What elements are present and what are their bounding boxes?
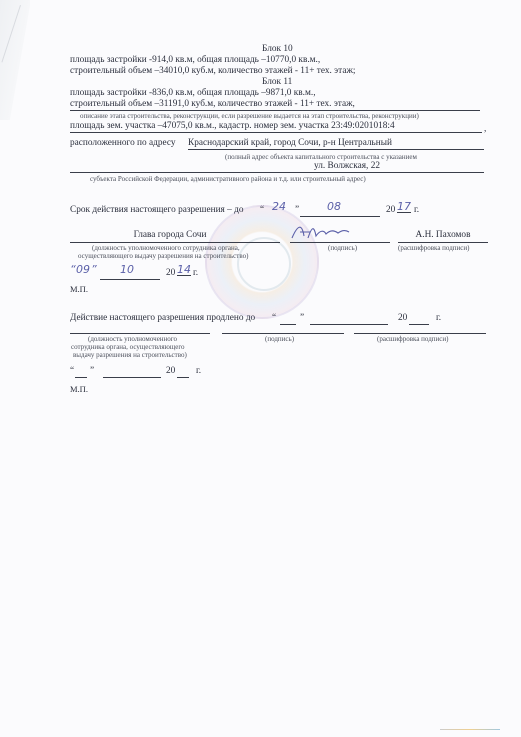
issue-quote-close: ”: [91, 264, 97, 275]
signatory-name-line: [398, 242, 488, 243]
extension-year-line: [409, 324, 429, 325]
extension-position-line: [70, 333, 210, 334]
land-comma: ,: [484, 124, 486, 135]
seal-label-2: М.П.: [70, 384, 88, 395]
land-info: площадь зем. участка –47075,0 кв.м., кад…: [70, 121, 482, 133]
extension-caption-position3: выдачу разрешения на строительство): [73, 351, 187, 360]
validity-label: Срок действия настоящего разрешения – до: [70, 205, 244, 216]
block10-line2: строительный объем –34010,0 куб.м, колич…: [70, 66, 355, 77]
extension-year-unit: г.: [436, 313, 441, 324]
block11-heading: Блок 11: [262, 77, 292, 88]
stamp-emblem: [237, 237, 291, 291]
signatory-name: А.Н. Пахомов: [398, 230, 488, 241]
block11-line1: площадь застройки -836,0 кв.м, общая пло…: [70, 88, 316, 99]
validity-month: 08: [327, 201, 341, 212]
extension-name-line: [354, 333, 486, 334]
signatory-caption-position2: осуществляющего выдачу разрешения на стр…: [78, 252, 248, 261]
seal-label: М.П.: [70, 284, 88, 295]
extension-year-prefix: 20: [398, 313, 407, 324]
address-caption2: субъекта Российской Федерации, администр…: [90, 175, 366, 184]
signature-mark: [290, 222, 350, 242]
issue-year-suffix: 14: [177, 264, 191, 276]
issue-year-prefix: 20: [166, 268, 175, 279]
address-prefix: расположенного по адресу: [70, 138, 176, 149]
block11-line2: строительный объем –31191,0 куб.м, колич…: [70, 99, 480, 111]
validity-day: 24: [272, 201, 286, 212]
issue-quote-open: “: [70, 264, 76, 275]
signature-line: [290, 242, 390, 243]
extension-date-day-line: [75, 377, 87, 378]
issue-month: 10: [120, 264, 134, 275]
issue-month-line: [100, 279, 160, 280]
address-value-line1: Краснодарский край, город Сочи, р-н Цент…: [188, 138, 484, 150]
signatory-position: Глава города Сочи: [70, 230, 270, 241]
validity-year-unit: г.: [414, 205, 419, 216]
validity-year-suffix: 17: [397, 201, 411, 213]
validity-year-prefix: 20: [386, 205, 395, 216]
extension-quote-open: “: [272, 313, 276, 324]
extension-date-quote-open: “: [70, 366, 74, 377]
extension-signature-line: [222, 333, 344, 334]
validity-quote-open: “: [260, 205, 264, 216]
extension-label: Действие настоящего разрешения продлено …: [70, 313, 255, 324]
extension-caption-name: (расшифровка подписи): [377, 335, 448, 344]
issue-year-unit: г.: [193, 268, 198, 279]
extension-date-quote-close: ”: [90, 366, 94, 377]
signatory-position-line: [70, 242, 280, 243]
signatory-caption-signature: (подпись): [328, 244, 357, 253]
extension-quote-close: ”: [300, 313, 304, 324]
extension-date-month-line: [103, 377, 161, 378]
block10-heading: Блок 10: [262, 44, 293, 55]
address-value-line2: ул. Волжская, 22: [70, 161, 484, 173]
scan-edge-mark: [440, 729, 500, 730]
extension-date-year-unit: г.: [196, 366, 201, 377]
stage-caption: описание этапа строительства, реконструк…: [80, 112, 419, 121]
validity-quote-close: ”: [295, 205, 299, 216]
issue-day: 09: [76, 264, 90, 275]
extension-month-line: [310, 324, 388, 325]
extension-date-year-line: [177, 377, 189, 378]
block10-line1: площадь застройки -914,0 кв.м, общая пло…: [70, 55, 320, 66]
extension-caption-signature: (подпись): [265, 335, 294, 344]
validity-month-line: [300, 216, 380, 217]
permit-page: Блок 10 площадь застройки -914,0 кв.м, о…: [0, 0, 521, 737]
extension-date-year-prefix: 20: [166, 366, 175, 377]
signatory-caption-name: (расшифровка подписи): [398, 244, 469, 253]
extension-day-line: [280, 324, 296, 325]
